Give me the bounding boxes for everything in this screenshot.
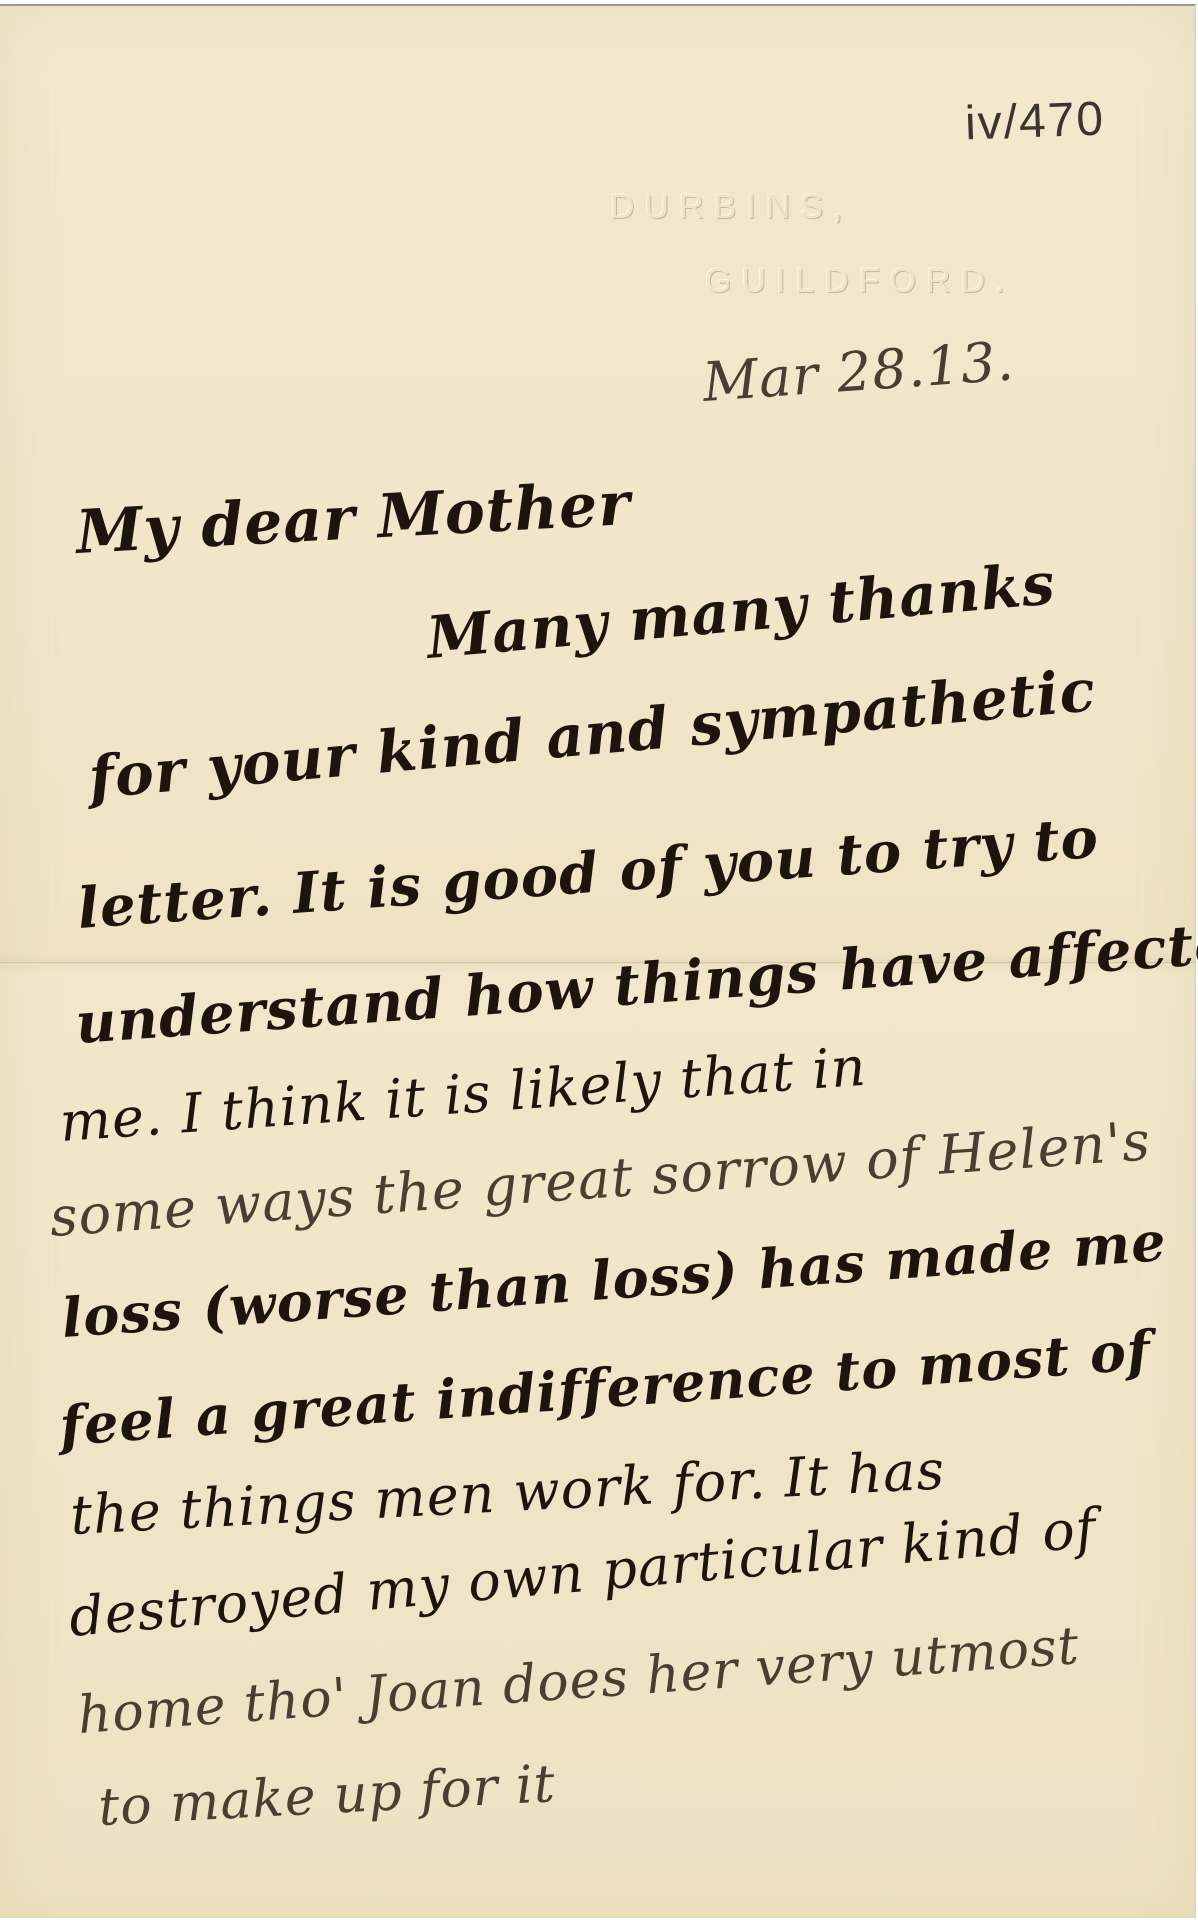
body-line-12: to make up for it bbox=[97, 1754, 557, 1838]
body-line-3: letter. It is good of you to try to bbox=[75, 805, 1100, 942]
letter-date: Mar 28.13. bbox=[701, 329, 1017, 414]
letterhead-line-2: GUILDFORD. bbox=[705, 262, 1015, 301]
body-line-1: Many many thanks bbox=[424, 549, 1058, 672]
body-line-2: for your kind and sympathetic bbox=[86, 656, 1098, 812]
body-line-11: home tho' Joan does her very utmost bbox=[76, 1616, 1082, 1746]
letter-sheet: iv/470 DURBINS, GUILDFORD. Mar 28.13. My… bbox=[0, 4, 1196, 1918]
body-line-5: me. I think it is likely that in bbox=[58, 1035, 869, 1154]
salutation: My dear Mother bbox=[74, 469, 632, 568]
letterhead-line-1: DURBINS, bbox=[610, 188, 852, 227]
archive-reference: iv/470 bbox=[964, 92, 1106, 152]
